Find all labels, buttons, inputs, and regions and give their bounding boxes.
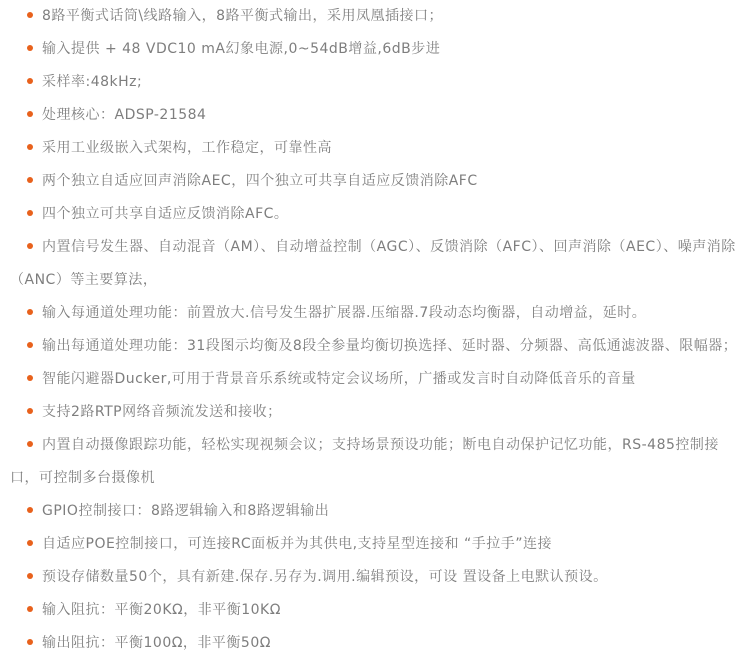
bullet-icon (27, 45, 33, 51)
bullet-icon (27, 177, 33, 183)
spec-list-item: 输出每通道处理功能：31段图示均衡及8段全参量均衡切换选择、延时器、分频器、高低… (10, 330, 739, 363)
spec-list-item: 输入阻抗：平衡20KΩ，非平衡10KΩ (10, 594, 739, 627)
bullet-icon (27, 243, 33, 249)
bullet-icon (27, 144, 33, 150)
spec-item-text: 智能闪避器Ducker,可用于背景音乐系统或特定会议场所，广播或发言时自动降低音… (42, 371, 636, 387)
spec-list-item: 自适应POE控制接口，可连接RC面板并为其供电,支持星型连接和 “手拉手”连接 (10, 528, 739, 561)
spec-list-item: 采用工业级嵌入式架构，工作稳定，可靠性高 (10, 132, 739, 165)
bullet-icon (27, 540, 33, 546)
spec-item-text: 预设存储数量50个，具有新建.保存.另存为.调用.编辑预设，可设 置设备上电默认… (42, 569, 608, 585)
spec-item-text: 采用工业级嵌入式架构，工作稳定，可靠性高 (42, 140, 332, 156)
spec-item-text: 输入提供 + 48 VDC10 mA幻象电源,0~54dB增益,6dB步进 (42, 41, 440, 57)
spec-item-text: 内置信号发生器、自动混音（AM）、自动增益控制（AGC）、反馈消除（AFC）、回… (10, 239, 736, 288)
spec-item-text: 内置自动摄像跟踪功能，轻松实现视频会议；支持场景预设功能；断电自动保护记忆功能，… (10, 437, 719, 486)
spec-item-text: 输入阻抗：平衡20KΩ，非平衡10KΩ (42, 602, 281, 618)
spec-item-text: 采样率:48kHz; (42, 74, 142, 90)
bullet-icon (27, 507, 33, 513)
spec-list-item: 预设存储数量50个，具有新建.保存.另存为.调用.编辑预设，可设 置设备上电默认… (10, 561, 739, 594)
spec-list-item: 采样率:48kHz; (10, 66, 739, 99)
spec-list-item: 输入每通道处理功能：前置放大.信号发生器扩展器.压缩器.7段动态均衡器，自动增益… (10, 297, 739, 330)
bullet-icon (27, 342, 33, 348)
spec-list-item: 内置自动摄像跟踪功能，轻松实现视频会议；支持场景预设功能；断电自动保护记忆功能，… (10, 429, 739, 495)
spec-list-item: 智能闪避器Ducker,可用于背景音乐系统或特定会议场所，广播或发言时自动降低音… (10, 363, 739, 396)
bullet-icon (27, 210, 33, 216)
spec-item-text: 处理核心：ADSP-21584 (42, 107, 206, 123)
spec-list-item: 内置信号发生器、自动混音（AM）、自动增益控制（AGC）、反馈消除（AFC）、回… (10, 231, 739, 297)
spec-list-item: 输入提供 + 48 VDC10 mA幻象电源,0~54dB增益,6dB步进 (10, 33, 739, 66)
spec-list-item: 支持2路RTP网络音频流发送和接收； (10, 396, 739, 429)
spec-item-text: 输入每通道处理功能：前置放大.信号发生器扩展器.压缩器.7段动态均衡器，自动增益… (42, 305, 646, 321)
bullet-icon (27, 639, 33, 645)
bullet-icon (27, 606, 33, 612)
spec-item-text: 8路平衡式话筒\线路输入，8路平衡式输出，采用凤凰插接口； (42, 8, 443, 24)
spec-item-text: 自适应POE控制接口，可连接RC面板并为其供电,支持星型连接和 “手拉手”连接 (42, 536, 552, 552)
bullet-icon (27, 111, 33, 117)
bullet-icon (27, 375, 33, 381)
spec-list-item: 输出阻抗：平衡100Ω，非平衡50Ω (10, 627, 739, 655)
spec-item-text: GPIO控制接口：8路逻辑输入和8路逻辑输出 (42, 503, 329, 519)
bullet-icon (27, 12, 33, 18)
spec-item-text: 支持2路RTP网络音频流发送和接收； (42, 404, 282, 420)
spec-item-text: 输出阻抗：平衡100Ω，非平衡50Ω (42, 635, 271, 651)
bullet-icon (27, 441, 33, 447)
spec-list-item: GPIO控制接口：8路逻辑输入和8路逻辑输出 (10, 495, 739, 528)
spec-item-text: 四个独立可共享自适应反馈消除AFC。 (42, 206, 288, 222)
spec-bullet-list: 8路平衡式话筒\线路输入，8路平衡式输出，采用凤凰插接口； 输入提供 + 48 … (0, 0, 743, 655)
bullet-icon (27, 408, 33, 414)
spec-list-item: 处理核心：ADSP-21584 (10, 99, 739, 132)
bullet-icon (27, 309, 33, 315)
bullet-icon (27, 573, 33, 579)
spec-item-text: 两个独立自适应回声消除AEC，四个独立可共享自适应反馈消除AFC (42, 173, 478, 189)
bullet-icon (27, 78, 33, 84)
spec-list-item: 两个独立自适应回声消除AEC，四个独立可共享自适应反馈消除AFC (10, 165, 739, 198)
spec-item-text: 输出每通道处理功能：31段图示均衡及8段全参量均衡切换选择、延时器、分频器、高低… (42, 338, 737, 354)
spec-list-item: 四个独立可共享自适应反馈消除AFC。 (10, 198, 739, 231)
spec-list-item: 8路平衡式话筒\线路输入，8路平衡式输出，采用凤凰插接口； (10, 0, 739, 33)
